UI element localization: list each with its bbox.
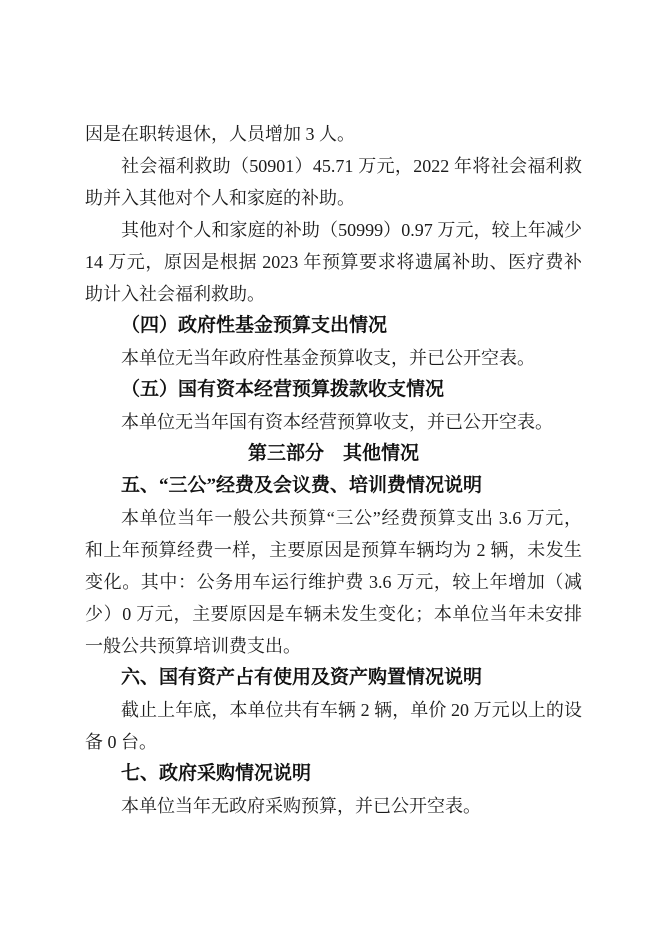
paragraph-continuation: 因是在职转退休，人员增加 3 人。 bbox=[85, 118, 582, 150]
paragraph-state-assets-detail: 截止上年底，本单位共有车辆 2 辆，单价 20 万元以上的设备 0 台。 bbox=[85, 694, 582, 758]
paragraph-procurement-note: 本单位当年无政府采购预算，并已公开空表。 bbox=[85, 790, 582, 822]
paragraph-social-welfare: 社会福利救助（50901）45.71 万元，2022 年将社会福利救助并入其他对… bbox=[85, 150, 582, 214]
document-page: 因是在职转退休，人员增加 3 人。 社会福利救助（50901）45.71 万元，… bbox=[0, 0, 662, 936]
section-heading-4-government-fund: （四）政府性基金预算支出情况 bbox=[85, 310, 582, 342]
section-heading-5-state-capital: （五）国有资本经营预算拨款收支情况 bbox=[85, 374, 582, 406]
paragraph-other-subsidies: 其他对个人和家庭的补助（50999）0.97 万元，较上年减少 14 万元，原因… bbox=[85, 214, 582, 310]
paragraph-state-capital-note: 本单位无当年国有资本经营预算收支，并已公开空表。 bbox=[85, 406, 582, 438]
paragraph-government-fund-note: 本单位无当年政府性基金预算收支，并已公开空表。 bbox=[85, 342, 582, 374]
paragraph-three-public-funds-detail: 本单位当年一般公共预算“三公”经费预算支出 3.6 万元，和上年预算经费一样，主… bbox=[85, 502, 582, 662]
document-text-block: 因是在职转退休，人员增加 3 人。 社会福利救助（50901）45.71 万元，… bbox=[85, 118, 582, 822]
section-heading-six-state-assets: 六、国有资产占有使用及资产购置情况说明 bbox=[85, 662, 582, 694]
part-title-other-information: 第三部分 其他情况 bbox=[85, 438, 582, 470]
section-heading-seven-procurement: 七、政府采购情况说明 bbox=[85, 758, 582, 790]
section-heading-five-three-public-funds: 五、“三公”经费及会议费、培训费情况说明 bbox=[85, 470, 582, 502]
